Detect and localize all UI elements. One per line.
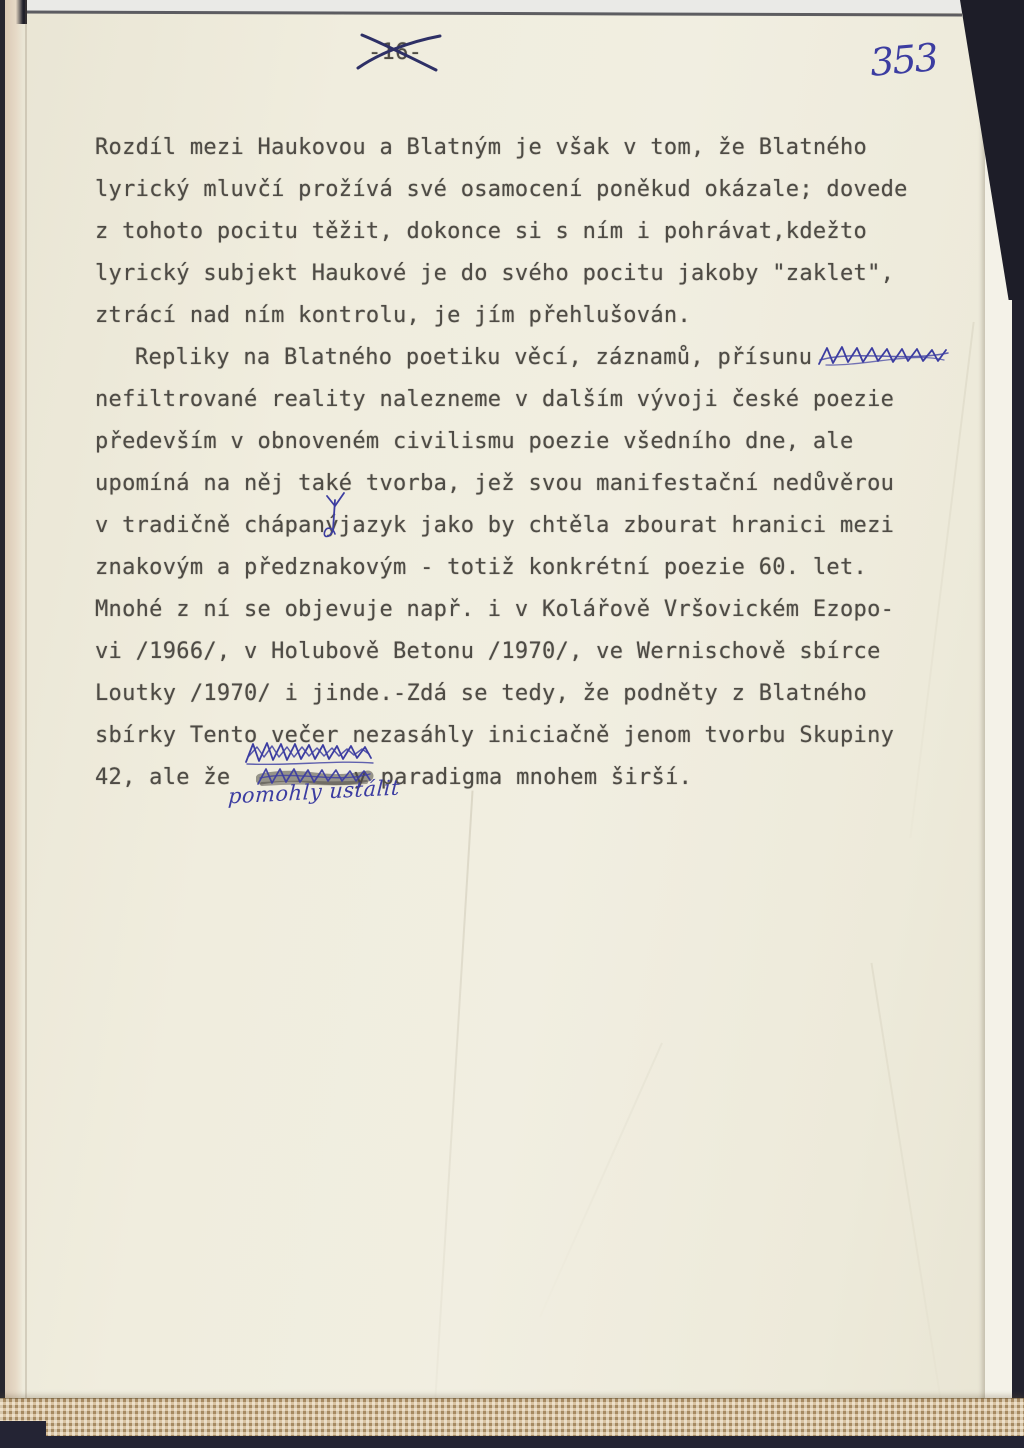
paper-crease <box>432 791 473 1430</box>
typed-text: lyrický subjekt Haukové je do svého poci… <box>95 261 894 286</box>
typed-text: sbírky Tento večer nezasáhly iniciačně j… <box>95 723 894 748</box>
page-left-edge <box>5 0 23 1448</box>
typed-line: upomíná na něj také tvorba, jež svou man… <box>95 463 945 505</box>
paper-crease <box>870 963 947 1437</box>
scanned-typescript-page: -16- 353 Rozdíl mezi Haukovou a Blatným … <box>0 0 1024 1448</box>
typed-text: lyrický mluvčí prožívá své osamocení pon… <box>95 177 908 202</box>
handwritten-page-number: 353 <box>868 35 938 85</box>
typed-line: ztrácí nad ním kontrolu, je jím přehlušo… <box>95 295 945 337</box>
typescript-body: Rozdíl mezi Haukovou a Blatným je však v… <box>95 127 945 799</box>
typed-text: vi /1966/, v Holubově Betonu /1970/, ve … <box>95 639 881 664</box>
ink-scribble-after-prisunu <box>816 340 956 374</box>
typed-line: Loutky /1970/ i jinde.-Zdá se tedy, že p… <box>95 673 945 715</box>
typed-text: y paradigma mnohem širší. <box>354 765 693 790</box>
typed-line: v tradičně chápanýjazyk jako by chtěla z… <box>95 505 945 547</box>
typed-text: znakovým a předznakovým - totiž konkrétn… <box>95 555 867 580</box>
backdrop-bottom-edge <box>0 1436 1024 1448</box>
typed-line: lyrický mluvčí prožívá své osamocení pon… <box>95 169 945 211</box>
page-left-fold-crease <box>25 0 27 1448</box>
paper-crease <box>539 1043 663 1318</box>
typed-line: lyrický subjekt Haukové je do svého poci… <box>95 253 945 295</box>
typed-line: 42, ale že y paradigma mnohem širší. <box>95 757 945 799</box>
typed-text: především v obnoveném civilismu poezie v… <box>95 429 854 454</box>
typed-text: Mnohé z ní se objevuje např. i v Kolářov… <box>95 597 894 622</box>
typed-line: znakovým a předznakovým - totiž konkrétn… <box>95 547 945 589</box>
typed-line: především v obnoveném civilismu poezie v… <box>95 421 945 463</box>
typed-line: nefiltrované reality nalezneme v dalším … <box>95 379 945 421</box>
backdrop-bottom-left-corner <box>0 1421 46 1448</box>
typed-line: Rozdíl mezi Haukovou a Blatným je však v… <box>95 127 945 169</box>
typed-text: ztrácí nad ním kontrolu, je jím přehlušo… <box>95 303 691 328</box>
typed-line: Mnohé z ní se objevuje např. i v Kolářov… <box>95 589 945 631</box>
typed-text: upomíná na něj také tvorba, jež svou man… <box>95 471 894 496</box>
typed-text: Rozdíl mezi Haukovou a Blatným je však v… <box>95 135 867 160</box>
typed-line: sbírky Tento večer nezasáhly iniciačně j… <box>95 715 945 757</box>
typed-line: vi /1966/, v Holubově Betonu /1970/, ve … <box>95 631 945 673</box>
binding-tape-weave <box>0 1398 1024 1438</box>
typed-line: z tohoto pocitu těžit, dokonce si s ním … <box>95 211 945 253</box>
typed-text: nefiltrované reality nalezneme v dalším … <box>95 387 894 412</box>
page-number-cross-out-mark <box>350 30 448 76</box>
typed-text: z tohoto pocitu těžit, dokonce si s ním … <box>95 219 867 244</box>
space-insertion-caret <box>320 490 352 546</box>
typed-text: Repliky na Blatného poetiku věcí, záznam… <box>135 345 812 370</box>
typed-text: v tradičně chápanýjazyk jako by chtěla z… <box>95 513 894 538</box>
typed-text: Loutky /1970/ i jinde.-Zdá se tedy, že p… <box>95 681 867 706</box>
